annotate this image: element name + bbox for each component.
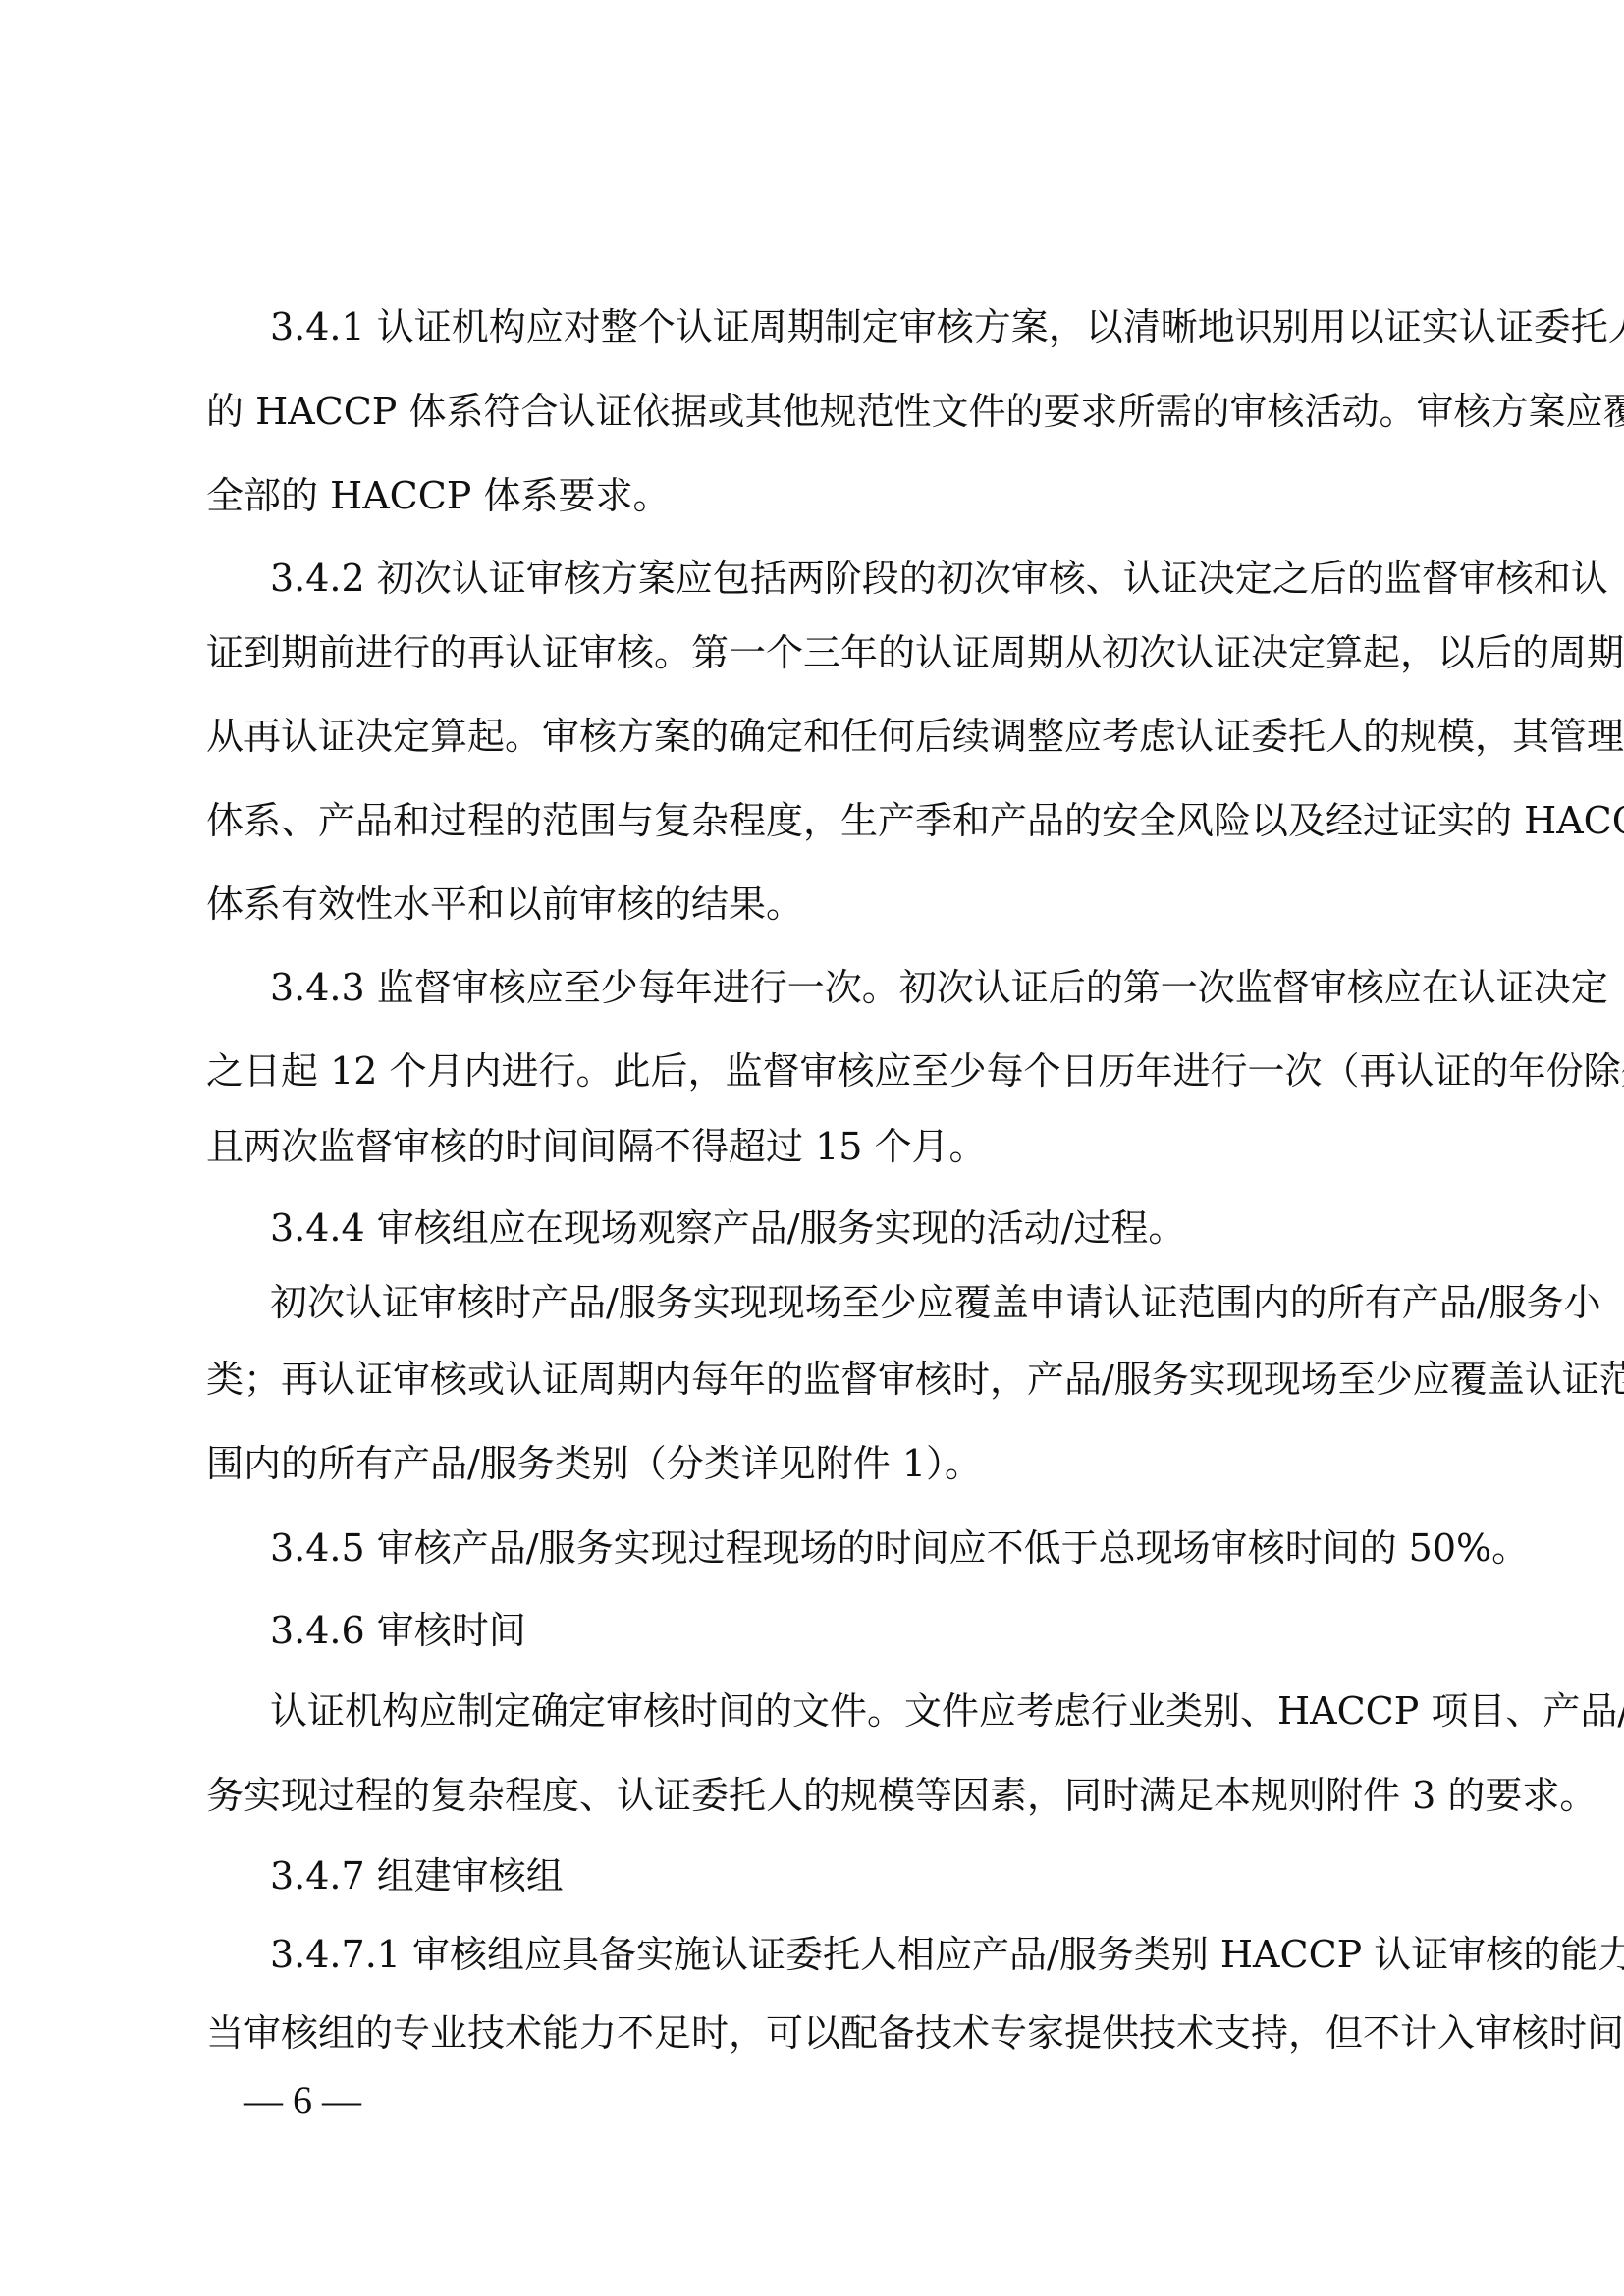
paragraph-3-4-6-detail-line-1: 认证机构应制定确定审核时间的文件。文件应考虑行业类别、HACCP 项目、产品/服 (270, 1686, 1434, 1735)
heading-3-4-6: 3.4.6 审核时间 (270, 1606, 1434, 1655)
document-page: 3.4.1 认证机构应对整个认证周期制定审核方案，以清晰地识别用以证实认证委托人… (0, 0, 1624, 2296)
paragraph-3-4-7-1-line-2: 当审核组的专业技术能力不足时，可以配备技术专家提供技术支持，但不计入审核时间。 (206, 2008, 1434, 2057)
paragraph-3-4-2-line-2: 证到期前进行的再认证审核。第一个三年的认证周期从初次认证决定算起，以后的周期 (206, 628, 1434, 677)
paragraph-3-4-3-line-2: 之日起 12 个月内进行。此后，监督审核应至少每个日历年进行一次（再认证的年份除… (206, 1046, 1434, 1095)
paragraph-3-4-6-detail-line-2: 务实现过程的复杂程度、认证委托人的规模等因素，同时满足本规则附件 3 的要求。 (206, 1771, 1434, 1820)
paragraph-3-4-4-detail-line-2: 类；再认证审核或认证周期内每年的监督审核时，产品/服务实现现场至少应覆盖认证范 (206, 1355, 1434, 1404)
paragraph-3-4-7-1-line-1: 3.4.7.1 审核组应具备实施认证委托人相应产品/服务类别 HACCP 认证审… (270, 1930, 1434, 1979)
page-number: — 6 — (244, 2076, 361, 2125)
paragraph-3-4-3-line-1: 3.4.3 监督审核应至少每年进行一次。初次认证后的第一次监督审核应在认证决定 (270, 963, 1434, 1012)
paragraph-3-4-1-line-2: 的 HACCP 体系符合认证依据或其他规范性文件的要求所需的审核活动。审核方案应… (206, 387, 1434, 436)
paragraph-3-4-2-line-1: 3.4.2 初次认证审核方案应包括两阶段的初次审核、认证决定之后的监督审核和认 (270, 554, 1434, 603)
heading-3-4-7: 3.4.7 组建审核组 (270, 1851, 1434, 1900)
paragraph-3-4-1-line-1: 3.4.1 认证机构应对整个认证周期制定审核方案，以清晰地识别用以证实认证委托人 (270, 302, 1434, 351)
paragraph-3-4-3-line-3: 且两次监督审核的时间间隔不得超过 15 个月。 (206, 1122, 1434, 1171)
paragraph-3-4-2-line-3: 从再认证决定算起。审核方案的确定和任何后续调整应考虑认证委托人的规模，其管理 (206, 712, 1434, 761)
paragraph-3-4-4-line-1: 3.4.4 审核组应在现场观察产品/服务实现的活动/过程。 (270, 1203, 1434, 1253)
paragraph-3-4-4-detail-line-3: 围内的所有产品/服务类别（分类详见附件 1）。 (206, 1439, 1434, 1488)
paragraph-3-4-1-line-3: 全部的 HACCP 体系要求。 (206, 471, 1434, 520)
paragraph-3-4-5-line-1: 3.4.5 审核产品/服务实现过程现场的时间应不低于总现场审核时间的 50%。 (270, 1523, 1434, 1573)
paragraph-3-4-4-detail-line-1: 初次认证审核时产品/服务实现现场至少应覆盖申请认证范围内的所有产品/服务小 (270, 1278, 1434, 1327)
paragraph-3-4-2-line-4: 体系、产品和过程的范围与复杂程度，生产季和产品的安全风险以及经过证实的 HACC… (206, 796, 1434, 845)
paragraph-3-4-2-line-5: 体系有效性水平和以前审核的结果。 (206, 880, 1434, 929)
